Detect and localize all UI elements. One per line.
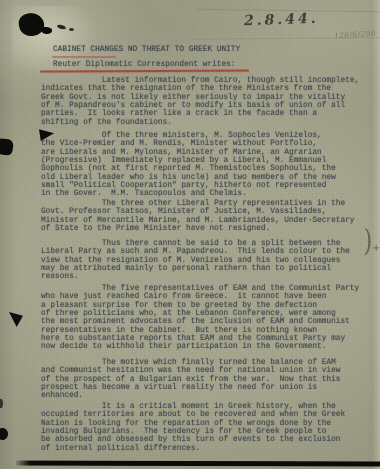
photo-edge-bar bbox=[16, 461, 380, 466]
article-paragraph-2: Of the three ministers, M. Sophocles Ven… bbox=[41, 132, 336, 199]
article-paragraph-4: Thus there cannot be said to be a split … bbox=[41, 240, 350, 282]
scanned-document-page: 2.8.44. 126/6/206 CABINET CHANGES NO THR… bbox=[0, 0, 380, 469]
title-red-underline bbox=[52, 56, 116, 58]
ink-sliver-left-edge bbox=[0, 399, 3, 408]
article-paragraph-7: It is a critical moment in Greek history… bbox=[41, 403, 345, 453]
article-paragraph-5: The five representatives of EAM and the … bbox=[41, 285, 359, 352]
margin-plus-annotation: + bbox=[372, 243, 380, 254]
ink-blot-left-edge bbox=[0, 138, 14, 156]
margin-paren-annotation: ) bbox=[363, 225, 373, 259]
article-paragraph-6: The motive which finally turned the bala… bbox=[41, 359, 340, 401]
handwritten-reference-number: 126/6/206 bbox=[334, 29, 377, 41]
handwritten-date: 2.8.44. bbox=[244, 11, 319, 30]
ink-triangle-left-edge bbox=[9, 312, 23, 327]
right-edge-highlight bbox=[372, 0, 380, 469]
byline: Reuter Diplomatic Correspondent writes: bbox=[53, 61, 235, 69]
ink-dot-left-edge bbox=[0, 428, 8, 440]
article-paragraph-3: The three other Liberal Party representa… bbox=[41, 200, 355, 233]
byline-red-underline bbox=[40, 69, 249, 72]
ink-dot bbox=[69, 28, 74, 31]
article-title: CABINET CHANGES NO THREAT TO GREEK UNITY bbox=[53, 46, 240, 54]
article-paragraph-1: Latest information from Cairo, though st… bbox=[41, 77, 359, 127]
